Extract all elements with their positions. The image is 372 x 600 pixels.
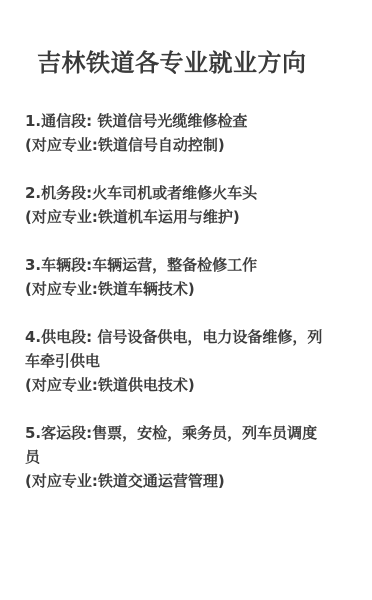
section-communication: 1.通信段: 铁道信号光缆维修检查 (对应专业:铁道信号自动控制): [25, 109, 355, 157]
section-description: 4.供电段: 信号设备供电，电力设备维修，列: [25, 325, 355, 349]
section-description: 1.通信段: 铁道信号光缆维修检查: [25, 109, 355, 133]
section-vehicle: 3.车辆段:车辆运营，整备检修工作 (对应专业:铁道车辆技术): [25, 253, 355, 301]
section-power-supply: 4.供电段: 信号设备供电，电力设备维修，列 车牵引供电 (对应专业:铁道供电技…: [25, 325, 355, 397]
section-major: (对应专业:铁道供电技术): [25, 373, 355, 397]
section-major: (对应专业:铁道信号自动控制): [25, 133, 355, 157]
section-locomotive: 2.机务段:火车司机或者维修火车头 (对应专业:铁道机车运用与维护): [25, 181, 355, 229]
section-description: 5.客运段:售票，安检，乘务员，列车员调度: [25, 421, 355, 445]
section-major: (对应专业:铁道机车运用与维护): [25, 205, 355, 229]
section-description: 3.车辆段:车辆运营，整备检修工作: [25, 253, 355, 277]
section-description-cont: 员: [25, 445, 355, 469]
section-description-cont: 车牵引供电: [25, 349, 355, 373]
page-title: 吉林铁道各专业就业方向: [37, 47, 307, 79]
section-major: (对应专业:铁道交通运营管理): [25, 469, 355, 493]
section-major: (对应专业:铁道车辆技术): [25, 277, 355, 301]
section-passenger: 5.客运段:售票，安检，乘务员，列车员调度 员 (对应专业:铁道交通运营管理): [25, 421, 355, 493]
career-list: 1.通信段: 铁道信号光缆维修检查 (对应专业:铁道信号自动控制) 2.机务段:…: [25, 109, 355, 517]
section-description: 2.机务段:火车司机或者维修火车头: [25, 181, 355, 205]
